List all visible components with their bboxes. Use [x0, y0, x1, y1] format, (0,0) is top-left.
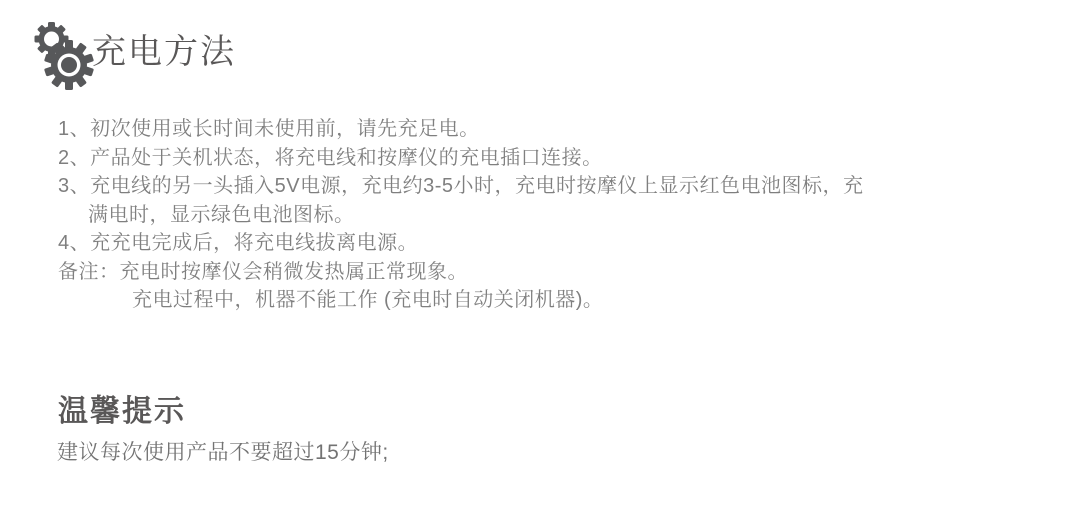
- section-title-charging: 充电方法: [92, 24, 236, 73]
- note-line-1: 备注：充电时按摩仪会稍微发热属正常现象。: [58, 258, 1048, 287]
- charging-section-header: [24, 12, 98, 92]
- tips-text: 建议每次使用产品不要超过15分钟;: [57, 436, 389, 466]
- instruction-line-2: 2、产品处于关机状态，将充电线和按摩仪的充电插口连接。: [58, 144, 1048, 173]
- instruction-line-3: 3、充电线的另一头插入5V电源，充电约3-5小时，充电时按摩仪上显示红色电池图标…: [58, 172, 1048, 201]
- instruction-line-4: 4、充充电完成后，将充电线拔离电源。: [58, 229, 1048, 258]
- instruction-line-1: 1、初次使用或长时间未使用前，请先充足电。: [58, 115, 1048, 144]
- instruction-line-3-wrap: 满电时，显示绿色电池图标。: [58, 201, 1048, 230]
- charging-instructions: 1、初次使用或长时间未使用前，请先充足电。 2、产品处于关机状态，将充电线和按摩…: [58, 115, 1048, 315]
- note-line-2: 充电过程中，机器不能工作 (充电时自动关闭机器)。: [58, 286, 1048, 315]
- product-instruction-page: 充电方法 1、初次使用或长时间未使用前，请先充足电。 2、产品处于关机状态，将充…: [0, 0, 1075, 531]
- section-title-tips: 温馨提示: [58, 386, 186, 430]
- double-gear-icon: [24, 12, 98, 92]
